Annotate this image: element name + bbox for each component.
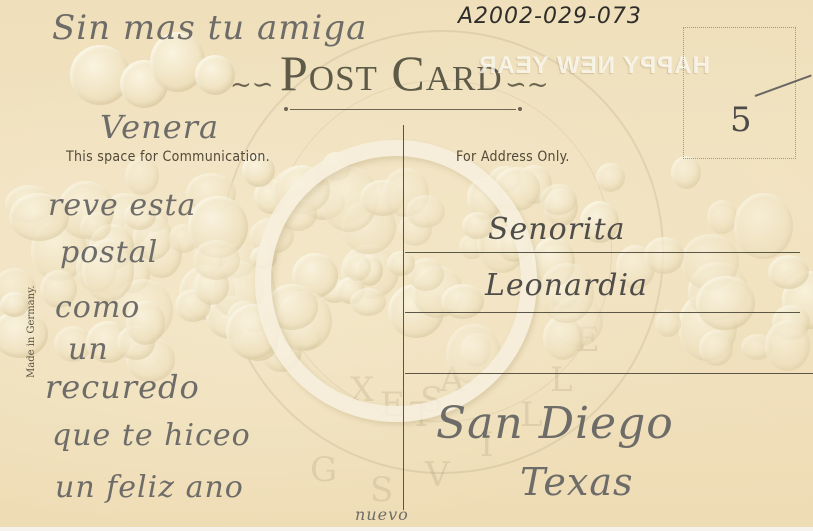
center-divider — [403, 125, 404, 510]
embossed-flower — [655, 310, 682, 337]
postcard-scan: T E X A S G S V I L L E ~∽ Post Card ∽~ … — [0, 0, 813, 527]
handwritten-message-line: recuredo — [45, 368, 200, 406]
embossed-flower — [644, 237, 684, 274]
address-line — [405, 373, 813, 374]
handwritten-message-line: un — [68, 332, 109, 367]
handwritten-message-line: que te hiceo — [52, 418, 251, 453]
handwritten-message-line: nuevo — [355, 505, 409, 524]
origin-label: Made in Germany. — [26, 285, 37, 378]
title-rule — [290, 109, 516, 110]
embossed-flower — [195, 55, 235, 95]
address-line — [405, 252, 800, 253]
archive-number: A2002-029-073 — [458, 4, 642, 29]
embossed-greeting: HAPPY NEW YEAR — [478, 52, 710, 80]
embossed-flower — [596, 163, 626, 192]
watermark-letter: L — [550, 360, 573, 400]
embossed-flower — [696, 276, 754, 330]
embossed-flower — [671, 156, 701, 189]
address-recipient-title: Senorita — [488, 212, 626, 247]
communication-label: This space for Communication. — [66, 149, 270, 165]
handwritten-message-line: un feliz ano — [55, 470, 244, 505]
handwritten-message-line: postal — [60, 235, 158, 270]
postcard-title: Post Card — [280, 44, 503, 102]
embossed-flower — [699, 330, 733, 366]
watermark-letter: G — [310, 450, 337, 490]
address-label: For Address Only. — [456, 149, 570, 165]
handwritten-message-line: como — [55, 290, 140, 325]
watermark-letter: S — [370, 470, 393, 510]
embossed-flower — [0, 310, 48, 358]
stamp-box-number: 5 — [730, 100, 753, 140]
address-city: San Diego — [436, 398, 674, 449]
embossed-flower — [193, 240, 240, 280]
scan-bottom-edge — [0, 527, 813, 531]
address-line — [405, 312, 800, 313]
embossed-flower — [707, 200, 737, 234]
embossed-flower — [0, 292, 29, 317]
address-state: Texas — [520, 460, 633, 504]
handwritten-closing: Sin mas tu amiga — [52, 8, 367, 48]
embossed-flower — [734, 193, 793, 259]
embossed-flower — [765, 320, 811, 371]
left-flourish-icon: ~∽ — [230, 70, 274, 100]
handwritten-message-line: reve esta — [48, 188, 196, 223]
watermark-letter: V — [425, 455, 450, 495]
handwritten-signature: Venera — [100, 108, 219, 146]
address-recipient-name: Leonardia — [485, 268, 648, 303]
